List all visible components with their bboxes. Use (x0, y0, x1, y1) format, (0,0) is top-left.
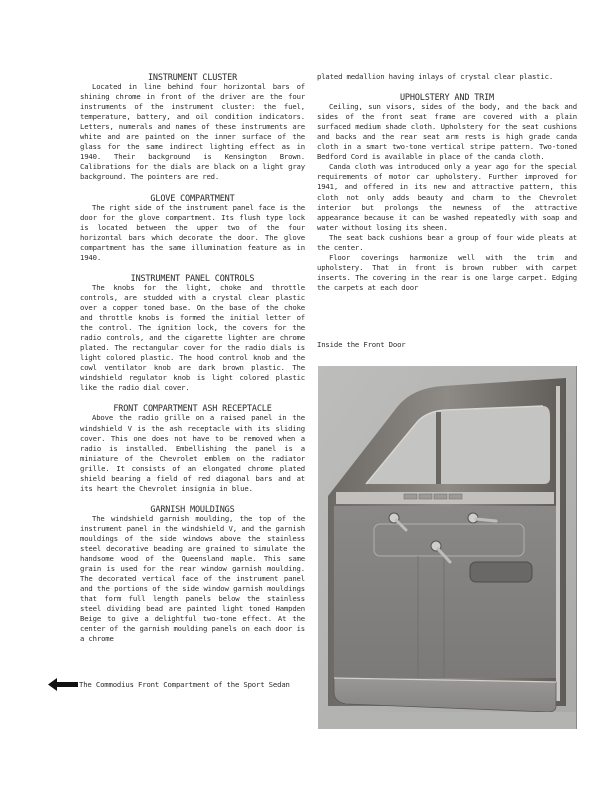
photo-caption: Inside the Front Door (317, 340, 406, 350)
paragraph-glove-compartment: The right side of the instrument panel f… (80, 203, 305, 263)
front-compartment-caption: The Commodius Front Compartment of the S… (79, 680, 290, 690)
paragraph-instrument-panel-controls: The knobs for the light, choke and throt… (80, 283, 305, 394)
heading-ash-receptacle: FRONT COMPARTMENT ASH RECEPTACLE (80, 403, 305, 413)
paragraph-instrument-cluster: Located in line behind four horizontal b… (80, 82, 305, 182)
door-photo (318, 366, 577, 729)
trim-panel (334, 506, 556, 678)
heading-instrument-cluster: INSTRUMENT CLUSTER (80, 72, 305, 82)
paragraph-ash-receptacle: Above the radio grille on a raised panel… (80, 413, 305, 493)
paragraph-upholstery-3: The seat back cushions bear a group of f… (317, 233, 577, 253)
heading-garnish-mouldings: GARNISH MOULDINGS (80, 504, 305, 514)
right-column: plated medallion having inlays of crysta… (317, 72, 577, 293)
paragraph-garnish-mouldings: The windshield garnish moulding, the top… (80, 514, 305, 645)
paragraph-continuation: plated medallion having inlays of crysta… (317, 72, 577, 82)
heading-instrument-panel-controls: INSTRUMENT PANEL CONTROLS (80, 273, 305, 283)
left-arrow-icon (48, 678, 78, 691)
heading-upholstery-and-trim: UPHOLSTERY AND TRIM (317, 92, 577, 102)
paragraph-upholstery-2: Canda cloth was introduced only a year a… (317, 162, 577, 232)
armrest (470, 562, 532, 582)
paragraph-upholstery-1: Ceiling, sun visors, sides of the body, … (317, 102, 577, 162)
left-column: INSTRUMENT CLUSTER Located in line behin… (80, 72, 305, 644)
paragraph-upholstery-4: Floor coverings harmonize well with the … (317, 253, 577, 293)
heading-glove-compartment: GLOVE COMPARTMENT (80, 193, 305, 203)
door-interior-illustration (318, 366, 576, 729)
